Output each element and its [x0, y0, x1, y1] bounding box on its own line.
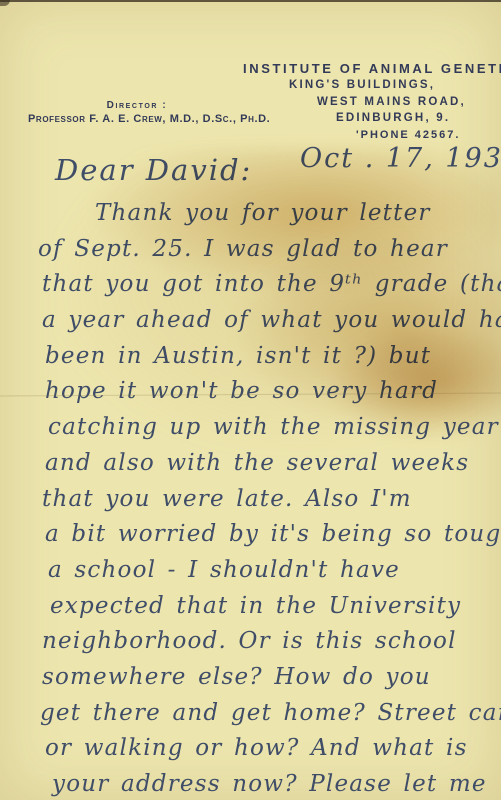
letterhead-buildings: KING'S BUILDINGS,: [289, 79, 435, 91]
handwritten-line: Thank you for your letter: [0, 196, 501, 232]
letter-date: Oct . 17, 1938.: [300, 143, 501, 174]
handwritten-line: get there and get home? Street car: [0, 696, 501, 732]
handwritten-line: and also with the several weeks: [0, 446, 501, 482]
handwritten-line: been in Austin, isn't it ?) but: [0, 339, 501, 375]
handwritten-line: or walking or how? And what is: [0, 731, 501, 767]
handwritten-line: neighborhood. Or is this school: [0, 624, 501, 660]
director-label: Director :: [28, 100, 246, 111]
letter-body: Thank you for your letterof Sept. 25. I …: [0, 196, 501, 800]
letter-page: INSTITUTE OF ANIMAL GENETICS, KING'S BUI…: [0, 0, 501, 800]
letterhead-institute-name: INSTITUTE OF ANIMAL GENETICS,: [243, 61, 501, 76]
handwritten-line: a year ahead of what you would have: [0, 303, 501, 339]
handwritten-line: your address now? Please let me: [0, 767, 501, 800]
director-name: Professor F. A. E. Crew, M.D., D.Sc., Ph…: [28, 113, 246, 125]
scan-corner-mark: [0, 0, 10, 6]
handwritten-line: of Sept. 25. I was glad to hear: [0, 232, 501, 268]
letter-salutation: Dear David:: [55, 153, 252, 187]
letterhead-phone: 'PHONE 42567.: [356, 129, 460, 141]
handwritten-line: that you got into the 9ᵗʰ grade (that's: [0, 267, 501, 303]
handwritten-line: that you were late. Also I'm: [0, 482, 501, 518]
handwritten-line: expected that in the University: [0, 589, 501, 625]
handwritten-line: somewhere else? How do you: [0, 660, 501, 696]
handwritten-line: catching up with the missing year: [0, 410, 501, 446]
letterhead-city: EDINBURGH, 9.: [336, 112, 450, 124]
scan-edge-top: [0, 0, 501, 2]
handwritten-line: a school - I shouldn't have: [0, 553, 501, 589]
handwritten-line: hope it won't be so very hard: [0, 374, 501, 410]
handwritten-line: a bit worried by it's being so tough: [0, 517, 501, 553]
letterhead-director-block: Director : Professor F. A. E. Crew, M.D.…: [28, 100, 246, 125]
letterhead-road: WEST MAINS ROAD,: [317, 96, 466, 108]
